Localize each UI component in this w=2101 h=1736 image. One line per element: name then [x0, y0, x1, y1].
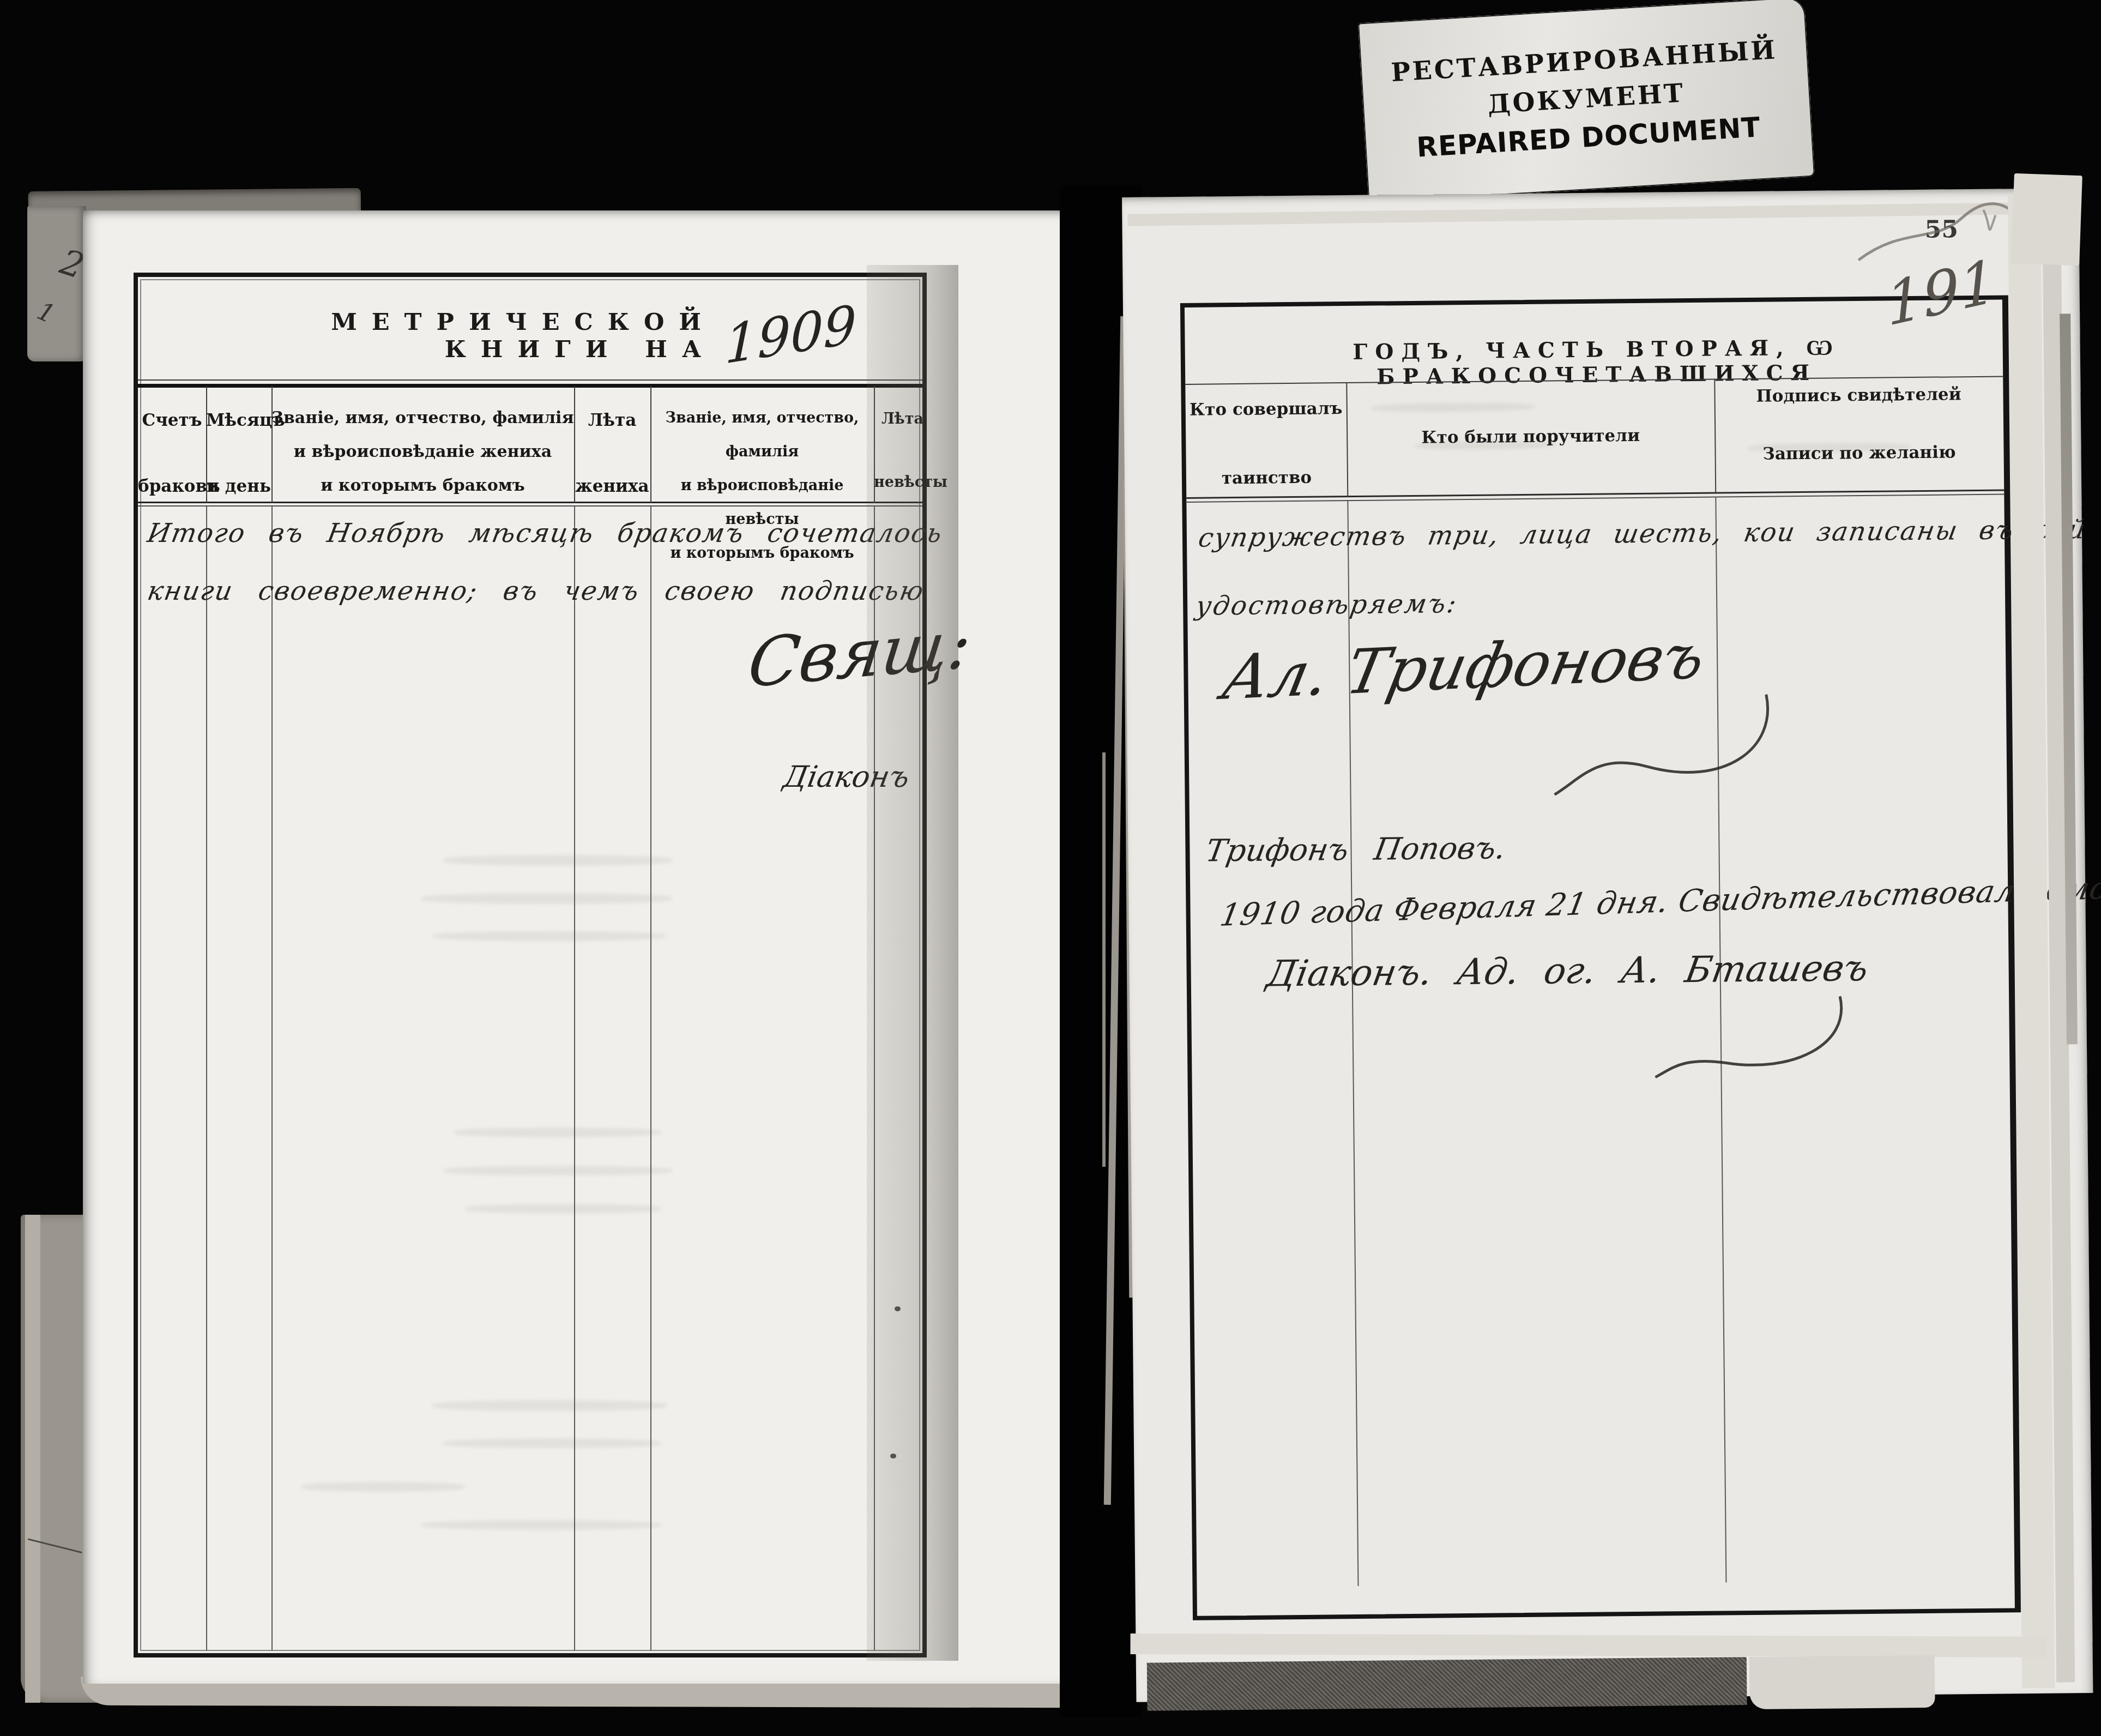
bleed-smudge	[454, 1128, 661, 1137]
col4-line2: жениха	[574, 477, 650, 496]
bleed-smudge	[443, 855, 672, 866]
col2-line1: Мѣсяцъ	[206, 411, 271, 430]
rcol1-line2: таинство	[1186, 467, 1347, 489]
bleed-smudge	[1371, 402, 1535, 413]
left-header-col3: Званіе, имя, отчество, фамилія и вѣроисп…	[271, 401, 574, 503]
left-page: МЕТРИЧЕСКОЙ КНИГИ НА 1909 Счетъ браковъ	[83, 210, 1079, 1684]
col5-line1: Званіе, имя, отчество, фамилія	[650, 401, 874, 469]
bleed-smudge	[432, 931, 667, 941]
right-header-col1: Кто совершалъ таинство	[1186, 399, 1348, 489]
col1-line2: браковъ	[138, 477, 206, 496]
left-body-divider-1	[206, 507, 207, 1650]
scanned-book-spread: РЕСТАВРИРОВАННЫЙ ДОКУМЕНТ REPAIRED DOCUM…	[0, 0, 2101, 1736]
right-page: 55 ГОДЪ, ЧАСТЬ ВТОРАЯ, Ѡ БРАКОСОЧЕТАВШИХ…	[1122, 188, 2093, 1702]
right-summary-line1: супружествъ три, лица шесть, кои записан…	[1196, 514, 2088, 553]
left-header-col4: Лѣта жениха	[574, 411, 650, 496]
torn-page-edge	[1102, 752, 1106, 1167]
left-page-title: МЕТРИЧЕСКОЙ КНИГИ НА	[138, 309, 716, 363]
page-corner-tabs	[2011, 173, 2082, 266]
col1-line1: Счетъ	[138, 411, 206, 430]
repaired-label-russian-line2: ДОКУМЕНТ	[1487, 78, 1686, 119]
repaired-label-russian-line1: РЕСТАВРИРОВАННЫЙ	[1390, 35, 1778, 88]
left-header-col1: Счетъ браковъ	[138, 411, 206, 496]
left-body-divider-3	[574, 507, 575, 1650]
book-block-texture	[1147, 1657, 1747, 1711]
col4-line1: Лѣта	[574, 411, 650, 430]
right-header-col3: Подпись свидѣтелей Записи по желанію	[1714, 384, 2003, 465]
left-table-frame: МЕТРИЧЕСКОЙ КНИГИ НА 1909 Счетъ браковъ	[134, 273, 927, 1657]
left-body-divider-4	[650, 507, 651, 1650]
signature-flourish	[1417, 683, 1800, 807]
bleed-smudge	[301, 1482, 465, 1492]
header-top-rule	[138, 384, 922, 388]
crumpled-sheet-corner	[1749, 1655, 1935, 1709]
right-date-line: 1910 года Февраля 21 дня. Свидѣтельствов…	[1217, 869, 2101, 933]
bleed-smudge	[443, 1438, 661, 1448]
col2-line2: и день	[206, 477, 271, 496]
cover-edge-left: 2 1	[27, 206, 86, 361]
bleed-smudge	[421, 893, 672, 904]
underlying-sheet-edge-bottom	[1130, 1633, 2046, 1657]
col3-line2: и вѣроисповѣданіе жениха	[271, 435, 574, 469]
left-summary-line2: книги своевременно; въ чемъ своею подпис…	[145, 576, 927, 606]
col3-line1: Званіе, имя, отчество, фамилія	[271, 401, 574, 435]
bleed-smudge	[421, 1520, 661, 1530]
left-body-divider-2	[271, 507, 273, 1650]
right-summary-line2: удостовѣряемъ:	[1194, 588, 1460, 622]
left-summary-line1: Итого въ Ноябрѣ мѣсяцѣ бракомъ сочеталос…	[145, 518, 945, 548]
right-table-frame: ГОДЪ, ЧАСТЬ ВТОРАЯ, Ѡ БРАКОСОЧЕТАВШИХСЯ …	[1180, 295, 2021, 1620]
pencil-mark-bottom: 1	[33, 296, 59, 329]
bleed-smudge	[432, 1400, 667, 1411]
bleed-smudge	[465, 1204, 661, 1214]
rcol3-line1: Подпись свидѣтелей	[1714, 384, 2003, 407]
repair-tape-strip	[867, 265, 958, 1661]
left-header-col2: Мѣсяцъ и день	[206, 411, 271, 496]
repaired-document-label: РЕСТАВРИРОВАННЫЙ ДОКУМЕНТ REPAIRED DOCUM…	[1358, 0, 1815, 203]
rcol1-line1: Кто совершалъ	[1186, 399, 1347, 420]
signature-flourish-2	[1622, 985, 1852, 1086]
right-header-bottom-rule-thin	[1186, 493, 2004, 502]
bleed-smudge	[443, 1166, 672, 1176]
right-signature-2: Трифонъ Поповъ.	[1203, 830, 1508, 869]
repaired-label-english: REPAIRED DOCUMENT	[1416, 111, 1761, 163]
col3-line3: и которымъ бракомъ	[271, 469, 574, 503]
header-top-rule-thin	[138, 379, 922, 381]
